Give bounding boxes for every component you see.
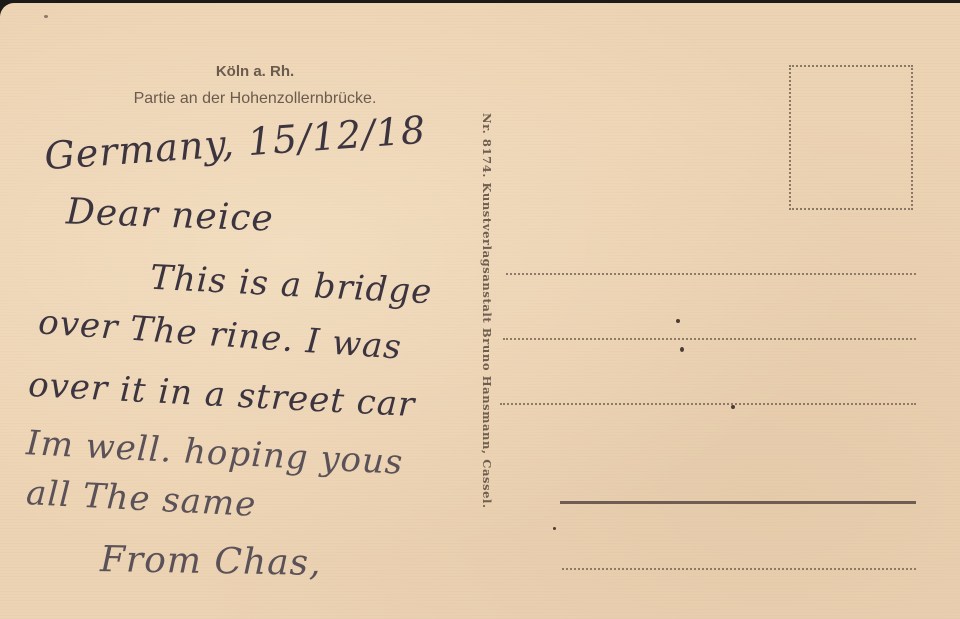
- address-line-2: [503, 338, 916, 340]
- stamp-box: [789, 65, 913, 210]
- ink-speck: [731, 405, 735, 409]
- handwritten-signoff: From Chas,: [100, 539, 322, 584]
- handwritten-line-2: over The rine. I was: [37, 302, 403, 367]
- handwritten-line-5: all The same: [25, 473, 257, 525]
- handwritten-greeting: Dear neice: [65, 191, 274, 239]
- ink-speck: [680, 347, 684, 352]
- ink-speck: [553, 527, 556, 530]
- publisher-imprint: Nr. 8174. Kunstverlagsanstalt Bruno Hans…: [480, 113, 494, 509]
- caption-title: Köln a. Rh.: [60, 63, 450, 80]
- address-line-4: [562, 568, 916, 570]
- handwritten-date-line: Germany, 15/12/18: [43, 108, 428, 179]
- address-solid-line: [560, 501, 916, 504]
- ink-speck: [44, 15, 48, 18]
- address-line-3: [500, 403, 916, 405]
- caption-subtitle: Partie an der Hohenzollernbrücke.: [60, 90, 450, 108]
- address-line-1: [506, 273, 916, 275]
- handwritten-line-4: Im well. hoping yous: [25, 423, 404, 483]
- postcard-back: Köln a. Rh. Partie an der Hohenzollernbr…: [0, 3, 960, 619]
- ink-speck: [676, 319, 680, 323]
- handwritten-line-1: This is a bridge: [149, 258, 433, 313]
- handwritten-line-3: over it in a street car: [27, 365, 416, 425]
